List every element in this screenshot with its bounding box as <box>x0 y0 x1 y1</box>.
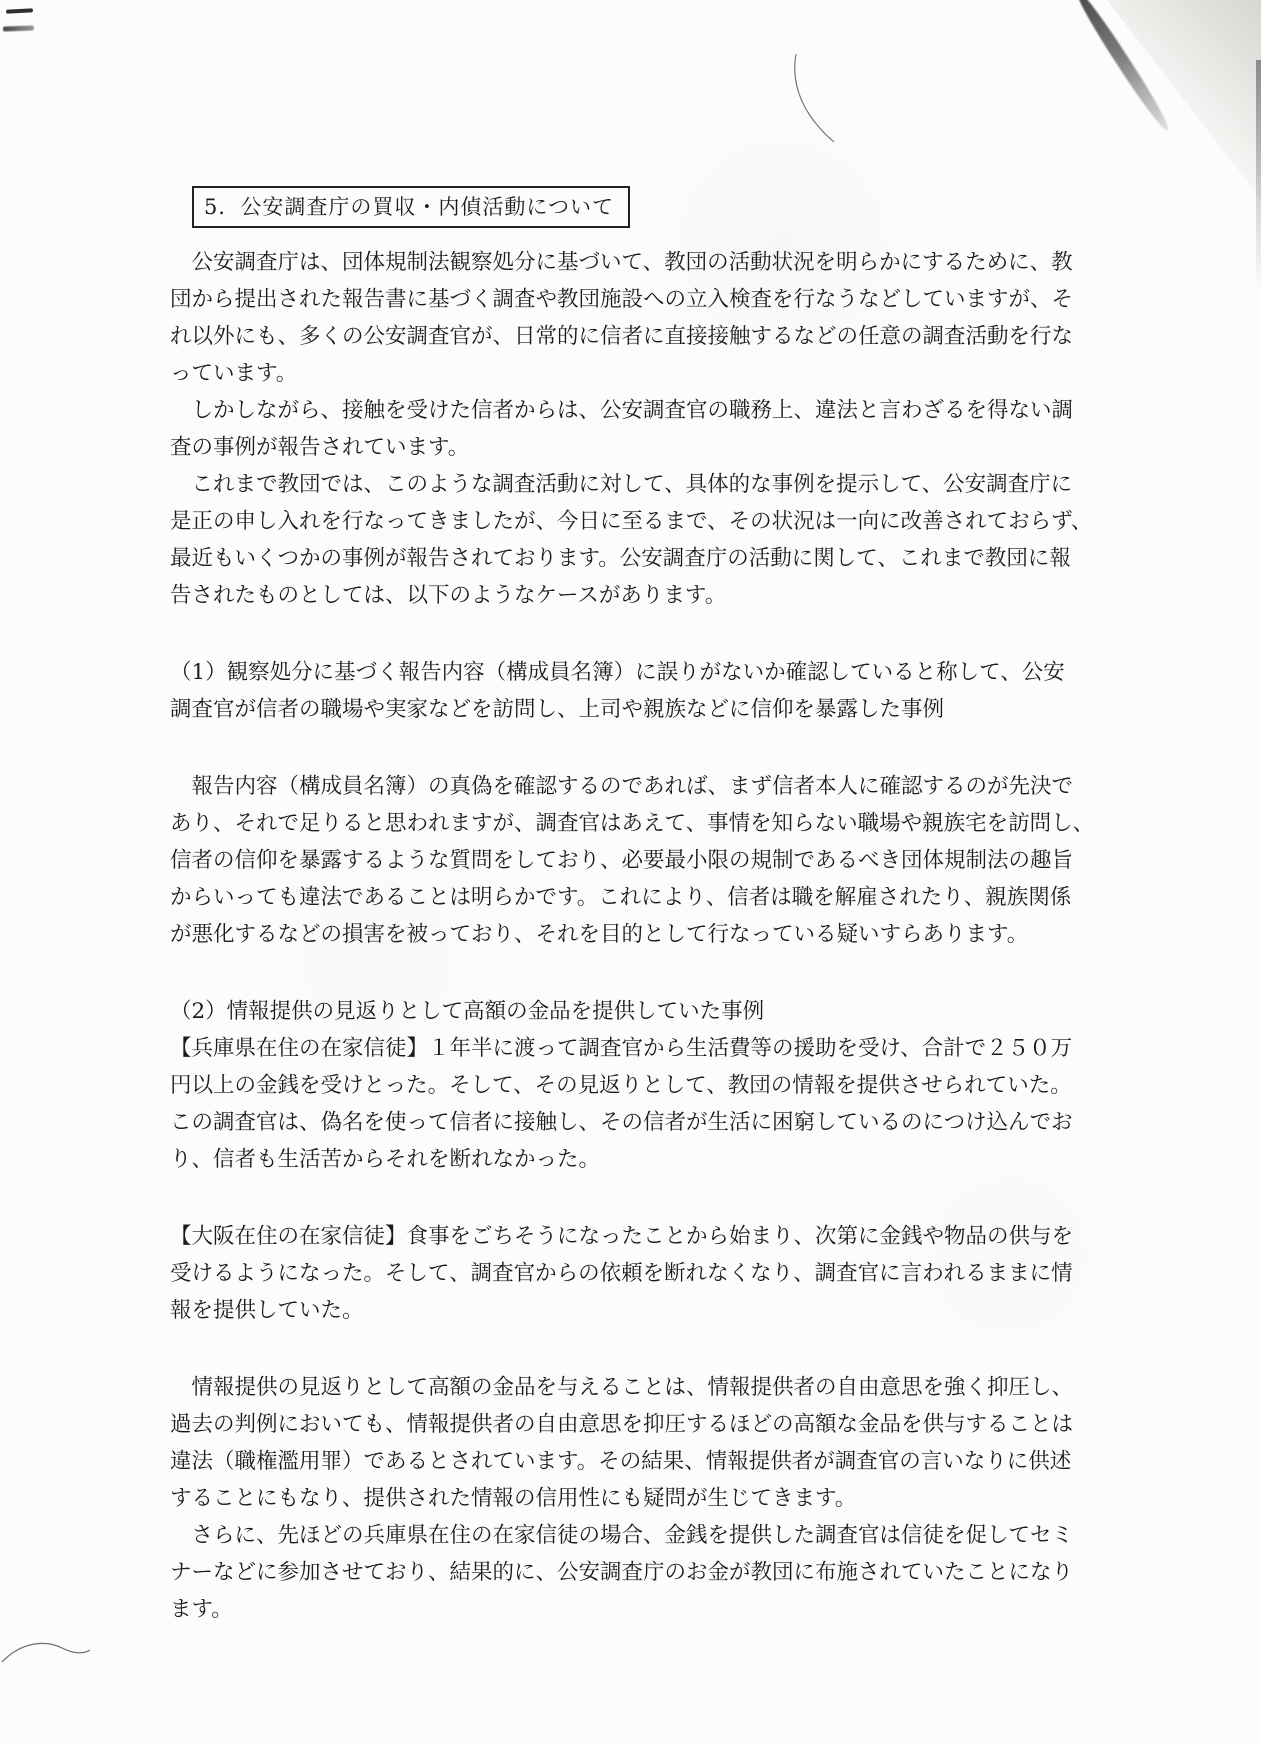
text-line: （1）観察処分に基づく報告内容（構成員名簿）に誤りがないか確認していると称して、… <box>170 654 1110 691</box>
closing-paragraph: さらに、先ほどの兵庫県在住の在家信徒の場合、金銭を提供した調査官は信徒を促してセ… <box>170 1517 1110 1628</box>
text-line: これまで教団では、このような調査活動に対して、具体的な事例を提示して、公安調査庁… <box>170 466 1110 503</box>
text-line: ナーなどに参加させており、結果的に、公安調査庁のお金が教団に布施されていたことに… <box>170 1554 1110 1591</box>
text-line: 信者の信仰を暴露するような質問をしており、必要最小限の規制であるべき団体規制法の… <box>170 842 1110 879</box>
case-2-heading: （2）情報提供の見返りとして高額の金品を提供していた事例 <box>170 993 1110 1030</box>
text-line: 円以上の金銭を受けとった。そして、その見返りとして、教団の情報を提供させられてい… <box>170 1067 1110 1104</box>
document-body: 公安調査庁は、団体規制法観察処分に基づいて、教団の活動状況を明らかにするために、… <box>170 244 1110 1628</box>
text-line: 【兵庫県在住の在家信徒】１年半に渡って調査官から生活費等の援助を受け、合計で２５… <box>170 1030 1110 1067</box>
text-line: 是正の申し入れを行なってきましたが、今日に至るまで、その状況は一向に改善されてお… <box>170 503 1110 540</box>
intro-paragraph-1: 公安調査庁は、団体規制法観察処分に基づいて、教団の活動状況を明らかにするために、… <box>170 244 1110 392</box>
text-line: り、信者も生活苦からそれを断れなかった。 <box>170 1141 1110 1178</box>
text-line: っています。 <box>170 355 1110 392</box>
text-line: 調査官が信者の職場や実家などを訪問し、上司や親族などに信仰を暴露した事例 <box>170 691 1110 728</box>
text-line: あり、それで足りると思われますが、調査官はあえて、事情を知らない職場や親族宅を訪… <box>170 805 1110 842</box>
document-content: 5．公安調査庁の買収・内偵活動について 公安調査庁は、団体規制法観察処分に基づい… <box>170 186 1110 1628</box>
text-line: からいっても違法であることは明らかです。これにより、信者は職を解雇されたり、親族… <box>170 879 1110 916</box>
intro-paragraph-2: しかしながら、接触を受けた信者からは、公安調査官の職務上、違法と言わざるを得ない… <box>170 392 1110 466</box>
text-line: することにもなり、提供された情報の信用性にも疑問が生じてきます。 <box>170 1480 1110 1517</box>
text-line: （2）情報提供の見返りとして高額の金品を提供していた事例 <box>170 993 1110 1030</box>
text-line: 公安調査庁は、団体規制法観察処分に基づいて、教団の活動状況を明らかにするために、… <box>170 244 1110 281</box>
corner-dash-mark-artifact <box>6 8 33 13</box>
text-line: 最近もいくつかの事例が報告されております。公安調査庁の活動に関して、これまで教団… <box>170 540 1110 577</box>
text-line: しかしながら、接触を受けた信者からは、公安調査官の職務上、違法と言わざるを得ない… <box>170 392 1110 429</box>
scanned-document-page: 5．公安調査庁の買収・内偵活動について 公安調査庁は、団体規制法観察処分に基づい… <box>0 0 1261 1743</box>
corner-dash-mark-artifact <box>3 25 34 31</box>
case-1-commentary: 報告内容（構成員名簿）の真偽を確認するのであれば、まず信者本人に確認するのが先決… <box>170 768 1110 953</box>
text-line: この調査官は、偽名を使って信者に接触し、その信者が生活に困窮しているのにつけ込ん… <box>170 1104 1110 1141</box>
case-2-commentary: 情報提供の見返りとして高額の金品を与えることは、情報提供者の自由意思を強く抑圧し… <box>170 1369 1110 1517</box>
page-fold-streak-artifact <box>1072 0 1173 133</box>
text-line: 告されたものとしては、以下のようなケースがあります。 <box>170 577 1110 614</box>
text-line: が悪化するなどの損害を被っており、それを目的として行なっている疑いすらあります。 <box>170 916 1110 953</box>
case-1-heading: （1）観察処分に基づく報告内容（構成員名簿）に誤りがないか確認していると称して、… <box>170 654 1110 728</box>
text-line: ます。 <box>170 1591 1110 1628</box>
scan-curve-line-artifact <box>0 1630 95 1675</box>
text-line: 違法（職権濫用罪）であるとされています。その結果、情報提供者が調査官の言いなりに… <box>170 1443 1110 1480</box>
text-line: 査の事例が報告されています。 <box>170 429 1110 466</box>
text-line: れ以外にも、多くの公安調査官が、日常的に信者に直接接触するなどの任意の調査活動を… <box>170 318 1110 355</box>
case-2-example-hyogo: 【兵庫県在住の在家信徒】１年半に渡って調査官から生活費等の援助を受け、合計で２５… <box>170 1030 1110 1178</box>
intro-paragraph-3: これまで教団では、このような調査活動に対して、具体的な事例を提示して、公安調査庁… <box>170 466 1110 614</box>
text-line: 報告内容（構成員名簿）の真偽を確認するのであれば、まず信者本人に確認するのが先決… <box>170 768 1110 805</box>
text-line: 報を提供していた。 <box>170 1292 1110 1329</box>
text-line: さらに、先ほどの兵庫県在住の在家信徒の場合、金銭を提供した調査官は信徒を促してセ… <box>170 1517 1110 1554</box>
right-edge-shadow-artifact <box>1256 60 1261 290</box>
page-curl-shade-artifact <box>1086 0 1261 200</box>
text-line: 【大阪在住の在家信徒】食事をごちそうになったことから始まり、次第に金銭や物品の供… <box>170 1218 1110 1255</box>
section-heading: 5．公安調査庁の買収・内偵活動について <box>192 186 630 228</box>
text-line: 団から提出された報告書に基づく調査や教団施設への立入検査を行なうなどしていますが… <box>170 281 1110 318</box>
case-2-example-osaka: 【大阪在住の在家信徒】食事をごちそうになったことから始まり、次第に金銭や物品の供… <box>170 1218 1110 1329</box>
text-line: 受けるようになった。そして、調査官からの依頼を断れなくなり、調査官に言われるまま… <box>170 1255 1110 1292</box>
text-line: 過去の判例においても、情報提供者の自由意思を抑圧するほどの高額な金品を供与するこ… <box>170 1406 1110 1443</box>
text-line: 情報提供の見返りとして高額の金品を与えることは、情報提供者の自由意思を強く抑圧し… <box>170 1369 1110 1406</box>
scan-curve-line-artifact <box>782 50 846 150</box>
